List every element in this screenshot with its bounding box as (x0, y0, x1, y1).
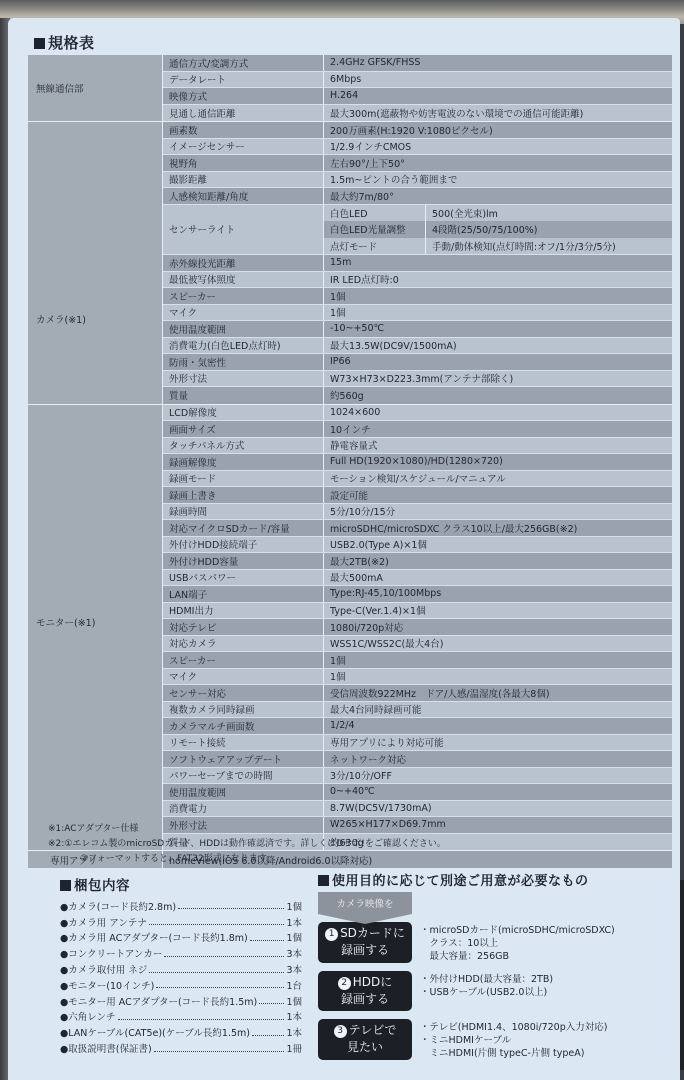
purpose-badge: 2HDDに録画する (318, 971, 412, 1011)
package-item: ●コンクリートアンカー3本 (60, 945, 302, 961)
purpose-line2: 見たい (347, 1040, 383, 1054)
spec-value: Full HD(1920×1080)/HD(1280×720) (324, 454, 672, 470)
spec-row: 録画モードモーション検知/スケジュール/マニュアル (163, 471, 672, 488)
purpose-line1: HDDに (353, 975, 393, 989)
package-item-qty: 1本 (286, 1009, 302, 1023)
spec-row: 撮影距離1.5m~ピントの合う範囲まで (163, 172, 672, 189)
spec-value: 左右90°/上下50° (324, 155, 672, 171)
package-item: ●LANケーブル(CAT5e)(ケーブル長約1.5m)1本 (60, 1024, 302, 1040)
required-item-text: ・テレビ(HDMI1.4、1080i/720p入力対応) (420, 1021, 607, 1034)
spec-row: マイク1個 (163, 669, 672, 686)
spec-key: LAN端子 (163, 586, 324, 602)
spec-sub-row: 白色LED光量調整4段階(25/50/75/100%) (324, 221, 672, 238)
spec-row: 録画時間5分/10分/15分 (163, 504, 672, 521)
spec-sub-row: 点灯モード手動/動体検知(点灯時間:オフ/1分/3分/5分) (324, 238, 672, 255)
spec-row: 通信方式/変調方式2.4GHz GFSK/FHSS (163, 55, 672, 72)
spec-sub-key: 点灯モード (324, 238, 426, 255)
square-bullet-icon (34, 38, 45, 49)
spec-key: 録画モード (163, 471, 324, 487)
spec-row: タッチパネル方式静電容量式 (163, 438, 672, 455)
spec-group: モニター(※1)LCD解像度1024×600画面サイズ10インチタッチパネル方式… (28, 405, 672, 852)
spec-row: HDMI出力Type-C(Ver.1.4)×1個 (163, 603, 672, 620)
spec-key: マイク (163, 669, 324, 685)
spec-value: 受信周波数922MHz ドア/人感/温湿度(各最大8個) (324, 685, 672, 701)
leader-dots (156, 981, 284, 988)
spec-value: 8.7W(DC5V/1730mA) (324, 801, 672, 817)
spec-value: 6Mbps (324, 72, 672, 88)
spec-sub-row: 白色LED500(全光束)lm (324, 205, 672, 222)
spec-key: 撮影距離 (163, 172, 324, 188)
spec-value: 1.5m~ピントの合う範囲まで (324, 172, 672, 188)
spec-key: マイク (163, 305, 324, 321)
required-item-text: ミニHDMI(片側 typeC-片側 typeA) (420, 1047, 607, 1060)
spec-key: 通信方式/変調方式 (163, 55, 324, 71)
square-bullet-icon (318, 875, 329, 886)
spec-row: センサー対応受信周波数922MHz ドア/人感/温湿度(各最大8個) (163, 685, 672, 702)
required-item-text: ・USBケーブル(USB2.0以上) (420, 986, 553, 999)
spec-key: 視野角 (163, 155, 324, 171)
package-item: ●カメラ(コード長約2.8m)1個 (60, 898, 302, 914)
spec-key: ソフトウェアアップデート (163, 751, 324, 767)
spec-title: 規格表 (34, 32, 95, 53)
spec-value: 1個 (324, 669, 672, 685)
spec-value: 1個 (324, 305, 672, 321)
circled-number-icon: 3 (334, 1025, 347, 1038)
spec-row: カメラマルチ画面数1/2/4 (163, 718, 672, 735)
square-bullet-icon (60, 880, 71, 891)
spec-value: 最大約7m/80° (324, 188, 672, 204)
spec-row: 複数カメラ同時録画最大4台同時録画可能 (163, 702, 672, 719)
spec-key: スピーカー (163, 288, 324, 304)
spec-key: 見通し通信距離 (163, 105, 324, 122)
spec-group-label: 無線通信部 (28, 55, 163, 121)
spec-value: 最大300m(遮蔽物や妨害電波のない環境での通信可能距離) (324, 105, 672, 122)
spec-value: Type:RJ-45,10/100Mbps (324, 586, 672, 602)
spec-value: W73×H73×D223.3mm(アンテナ部除く) (324, 371, 672, 387)
spec-sub-key: 白色LED光量調整 (324, 221, 426, 238)
spec-value: 最大500mA (324, 570, 672, 586)
footnote-1: ※1:ACアダプター仕様 (48, 822, 446, 837)
spec-value: 1個 (324, 288, 672, 304)
package-item-qty: 1冊 (286, 1041, 302, 1055)
spec-value: IR LED点灯時:0 (324, 272, 672, 288)
spec-value: 1/2/4 (324, 718, 672, 734)
spec-key: 防雨・気密性 (163, 354, 324, 370)
package-item-name: ●六角レンチ (60, 1009, 116, 1023)
spec-value: H.264 (324, 88, 672, 104)
spec-key: 外付けHDD接続端子 (163, 537, 324, 553)
footnote-2: ※2:①エレコム製のmicroSDカード、HDDは動作確認済です。詳しくはDサポ… (48, 837, 446, 852)
spec-value: 2.4GHz GFSK/FHSS (324, 55, 672, 71)
spec-key: 最低被写体照度 (163, 272, 324, 288)
spec-row: USBバスパワー最大500mA (163, 570, 672, 587)
spec-key: 外形寸法 (163, 371, 324, 387)
spec-row: 対応テレビ1080i/720p対応 (163, 619, 672, 636)
spec-sub-value: 手動/動体検知(点灯時間:オフ/1分/3分/5分) (426, 238, 672, 255)
spec-key: パワーセーブまでの時間 (163, 768, 324, 784)
spec-key: スピーカー (163, 652, 324, 668)
spec-row: 録画上書き設定可能 (163, 487, 672, 504)
spec-key: データレート (163, 72, 324, 88)
spec-key: 録画上書き (163, 487, 324, 503)
package-item: ●モニター用 ACアダプター(コード長約1.5m)1個 (60, 993, 302, 1009)
spec-row: スピーカー1個 (163, 288, 672, 305)
spec-value: WSS1C/WSS2C(最大4台) (324, 636, 672, 652)
package-item-qty: 1個 (286, 899, 302, 913)
circled-number-icon: 2 (338, 977, 351, 990)
spec-value: 最大13.5W(DC9V/1500mA) (324, 338, 672, 354)
package-item-name: ●モニター用 ACアダプター(コード長約1.5m) (60, 994, 257, 1008)
spec-row: 視野角左右90°/上下50° (163, 155, 672, 172)
spec-key: 赤外線投光距離 (163, 255, 324, 271)
spec-row: 外付けHDD接続端子USB2.0(Type A)×1個 (163, 537, 672, 554)
spec-value: 15m (324, 255, 672, 271)
spec-group-label: モニター(※1) (28, 405, 163, 851)
leader-dots (259, 997, 284, 1004)
purpose-line2: 録画する (341, 992, 389, 1006)
spec-row: 消費電力(白色LED点灯時)最大13.5W(DC9V/1500mA) (163, 338, 672, 355)
purpose-badge: 3テレビで見たい (318, 1019, 412, 1060)
spec-row: 見通し通信距離最大300m(遮蔽物や妨害電波のない環境での通信可能距離) (163, 105, 672, 122)
footnotes: ※1:ACアダプター仕様 ※2:①エレコム製のmicroSDカード、HDDは動作… (48, 822, 446, 867)
spec-key: 使用温度範囲 (163, 784, 324, 800)
spec-group: 無線通信部通信方式/変調方式2.4GHz GFSK/FHSSデータレート6Mbp… (28, 55, 672, 122)
package-item-name: ●カメラ取付用 ネジ (60, 962, 147, 976)
spec-key: 録画解像度 (163, 454, 324, 470)
required-item: 3テレビで見たい・テレビ(HDMI1.4、1080i/720p入力対応)・ミニH… (318, 1019, 668, 1060)
spec-key: 複数カメラ同時録画 (163, 702, 324, 718)
spec-group: カメラ(※1)画素数200万画素(H:1920 V:1080ピクセル)イメージセ… (28, 122, 672, 405)
spec-row: 画素数200万画素(H:1920 V:1080ピクセル) (163, 122, 672, 139)
purpose-line1: テレビで (349, 1023, 397, 1037)
purpose-line1: SDカードに (340, 926, 405, 940)
spec-value: 5分/10分/15分 (324, 504, 672, 520)
leader-dots (250, 934, 285, 941)
spec-row: 質量約560g (163, 387, 672, 404)
spec-row: マイク1個 (163, 305, 672, 322)
spec-value: 1080i/720p対応 (324, 619, 672, 635)
package-item-qty: 3本 (286, 946, 302, 960)
leader-dots (164, 950, 284, 957)
leader-dots (252, 1029, 284, 1036)
package-item: ●取扱説明書(保証書)1冊 (60, 1040, 302, 1056)
circled-number-icon: 1 (325, 928, 338, 941)
package-item-name: ●モニター(10インチ) (60, 978, 154, 992)
spec-row: 人感検知距離/角度最大約7m/80° (163, 188, 672, 205)
required-item: 1SDカードに録画する・microSDカード(microSDHC/microSD… (318, 922, 668, 963)
required-item-text: ・外付けHDD(最大容量：2TB) (420, 973, 553, 986)
required-list: カメラ映像を 1SDカードに録画する・microSDカード(microSDHC/… (318, 892, 668, 1060)
spec-row: 消費電力8.7W(DC5V/1730mA) (163, 801, 672, 818)
spec-table: 無線通信部通信方式/変調方式2.4GHz GFSK/FHSSデータレート6Mbp… (28, 55, 672, 868)
spec-key: LCD解像度 (163, 405, 324, 421)
spec-value: 10インチ (324, 421, 672, 437)
purpose-badge: 1SDカードに録画する (318, 922, 412, 963)
package-item-qty: 1台 (286, 978, 302, 992)
package-list: ●カメラ(コード長約2.8m)1個●カメラ用 アンテナ1本●カメラ用 ACアダプ… (60, 898, 302, 1056)
spec-key: 画素数 (163, 122, 324, 138)
leader-dots (154, 1045, 285, 1052)
spec-row: イメージセンサー1/2.9インチCMOS (163, 139, 672, 156)
spec-key: リモート接続 (163, 735, 324, 751)
spec-value: 設定可能 (324, 487, 672, 503)
arrow-label: カメラ映像を (318, 892, 412, 914)
leader-dots (118, 1013, 285, 1020)
spec-row: 映像方式H.264 (163, 88, 672, 105)
package-item-qty: 3本 (286, 962, 302, 976)
spec-key: 人感検知距離/角度 (163, 188, 324, 204)
spec-row: 外付けHDD容量最大2TB(※2) (163, 553, 672, 570)
spec-row: 使用温度範囲0~+40℃ (163, 784, 672, 801)
required-item-text: ・microSDカード(microSDHC/microSDXC) (420, 924, 615, 937)
spec-value: 最大4台同時録画可能 (324, 702, 672, 718)
spec-value: 専用アプリにより対応可能 (324, 735, 672, 751)
required-item-text: ・ミニHDMIケーブル (420, 1034, 607, 1047)
spec-value: 1/2.9インチCMOS (324, 139, 672, 155)
box-right-edge (680, 880, 684, 1070)
spec-row-sensor-light: センサーライト白色LED500(全光束)lm白色LED光量調整4段階(25/50… (163, 205, 672, 256)
spec-key: 録画時間 (163, 504, 324, 520)
spec-row: パワーセーブまでの時間3分/10分/OFF (163, 768, 672, 785)
spec-value: 0~+40℃ (324, 784, 672, 800)
spec-row: ソフトウェアアップデートネットワーク対応 (163, 751, 672, 768)
spec-value: 約560g (324, 387, 672, 404)
package-item: ●カメラ用 ACアダプター(コード長約1.8m)1個 (60, 930, 302, 946)
footnote-2-sub: ②フォーマットすると、FAT32形式になります。 (48, 852, 446, 867)
spec-value: ネットワーク対応 (324, 751, 672, 767)
spec-key: USBバスパワー (163, 570, 324, 586)
spec-key: カメラマルチ画面数 (163, 718, 324, 734)
package-item: ●カメラ取付用 ネジ3本 (60, 961, 302, 977)
required-item-text: クラス：10以上 (420, 937, 615, 950)
spec-row: スピーカー1個 (163, 652, 672, 669)
spec-value: USB2.0(Type A)×1個 (324, 537, 672, 553)
leader-dots (178, 902, 284, 909)
spec-key: 質量 (163, 387, 324, 404)
spec-key: センサーライト (163, 205, 324, 255)
spec-row: 使用温度範囲-10~+50℃ (163, 321, 672, 338)
required-title: 使用目的に応じて別途ご用意が必要なもの (318, 870, 589, 889)
spec-key: HDMI出力 (163, 603, 324, 619)
spec-key: センサー対応 (163, 685, 324, 701)
spec-row: 赤外線投光距離15m (163, 255, 672, 272)
package-item: ●モニター(10インチ)1台 (60, 977, 302, 993)
spec-value: モーション検知/スケジュール/マニュアル (324, 471, 672, 487)
package-item: ●六角レンチ1本 (60, 1009, 302, 1025)
spec-key: 対応カメラ (163, 636, 324, 652)
spec-key: 対応テレビ (163, 619, 324, 635)
package-item-name: ●取扱説明書(保証書) (60, 1041, 152, 1055)
spec-sub-value: 4段階(25/50/75/100%) (426, 221, 672, 238)
package-item-qty: 1個 (286, 930, 302, 944)
spec-sub-value: 500(全光束)lm (426, 205, 672, 222)
spec-value: 3分/10分/OFF (324, 768, 672, 784)
leader-dots (149, 918, 285, 925)
spec-row: 外形寸法W73×H73×D223.3mm(アンテナ部除く) (163, 371, 672, 388)
package-item-qty: 1本 (286, 915, 302, 929)
package-item-name: ●カメラ(コード長約2.8m) (60, 899, 176, 913)
spec-key: イメージセンサー (163, 139, 324, 155)
spec-row: 録画解像度Full HD(1920×1080)/HD(1280×720) (163, 454, 672, 471)
required-item-text: 最大容量：256GB (420, 950, 615, 963)
required-item: 2HDDに録画する・外付けHDD(最大容量：2TB)・USBケーブル(USB2.… (318, 971, 668, 1011)
package-item: ●カメラ用 アンテナ1本 (60, 914, 302, 930)
spec-key: 使用温度範囲 (163, 321, 324, 337)
spec-row: リモート接続専用アプリにより対応可能 (163, 735, 672, 752)
spec-value: 静電容量式 (324, 438, 672, 454)
leader-dots (149, 966, 284, 973)
spec-key: 画面サイズ (163, 421, 324, 437)
spec-group-label: カメラ(※1) (28, 122, 163, 404)
spec-row: 画面サイズ10インチ (163, 421, 672, 438)
spec-value: 最大2TB(※2) (324, 553, 672, 569)
spec-sub-key: 白色LED (324, 205, 426, 222)
spec-key: 対応マイクロSDカード/容量 (163, 520, 324, 536)
spec-value: 1024×600 (324, 405, 672, 421)
package-item-name: ●LANケーブル(CAT5e)(ケーブル長約1.5m) (60, 1025, 250, 1039)
spec-key: タッチパネル方式 (163, 438, 324, 454)
spec-row: 最低被写体照度IR LED点灯時:0 (163, 272, 672, 289)
purpose-line2: 録画する (341, 943, 389, 957)
package-item-name: ●カメラ用 アンテナ (60, 915, 147, 929)
spec-value: microSDHC/microSDXC クラス10以上/最大256GB(※2) (324, 520, 672, 536)
spec-row: LCD解像度1024×600 (163, 405, 672, 422)
package-title: 梱包内容 (60, 874, 130, 894)
spec-value: -10~+50℃ (324, 321, 672, 337)
package-item-name: ●コンクリートアンカー (60, 946, 162, 960)
spec-row: LAN端子Type:RJ-45,10/100Mbps (163, 586, 672, 603)
spec-key: 消費電力(白色LED点灯時) (163, 338, 324, 354)
spec-row: データレート6Mbps (163, 72, 672, 89)
spec-value: Type-C(Ver.1.4)×1個 (324, 603, 672, 619)
spec-key: 映像方式 (163, 88, 324, 104)
package-item-name: ●カメラ用 ACアダプター(コード長約1.8m) (60, 930, 248, 944)
spec-key: 外付けHDD容量 (163, 553, 324, 569)
spec-row: 対応マイクロSDカード/容量microSDHC/microSDXC クラス10以… (163, 520, 672, 537)
spec-row: 防雨・気密性IP66 (163, 354, 672, 371)
spec-row: 対応カメラWSS1C/WSS2C(最大4台) (163, 636, 672, 653)
package-item-qty: 1個 (286, 994, 302, 1008)
spec-value: 200万画素(H:1920 V:1080ピクセル) (324, 122, 672, 138)
spec-key: 消費電力 (163, 801, 324, 817)
spec-value: 1個 (324, 652, 672, 668)
package-item-qty: 1本 (286, 1025, 302, 1039)
spec-value: IP66 (324, 354, 672, 370)
